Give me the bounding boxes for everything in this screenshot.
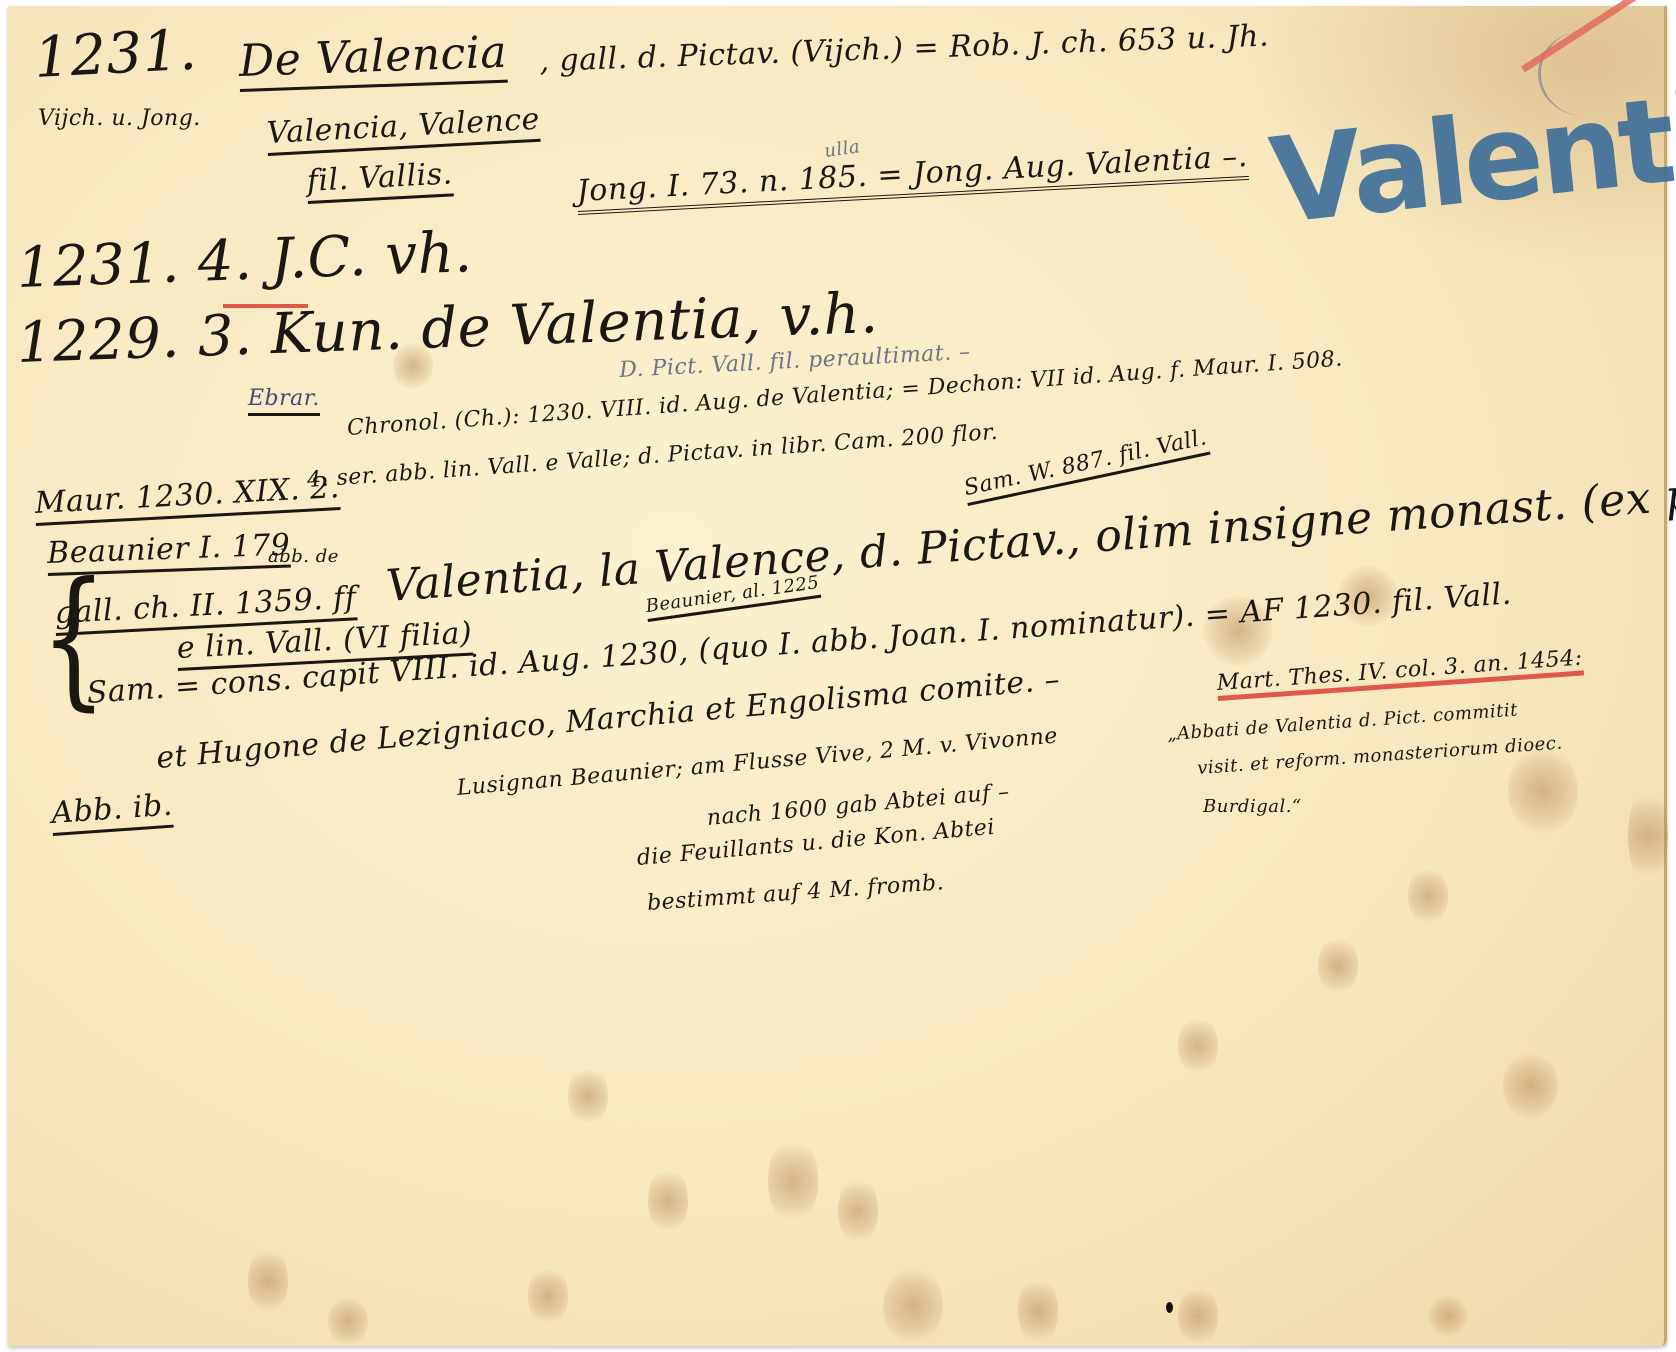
- entry-abb-ib: Abb. ib.: [50, 788, 174, 836]
- stain: [568, 1066, 608, 1126]
- index-card: 1231. Vijch. u. Jong. De Valencia , gall…: [8, 6, 1667, 1346]
- stain: [248, 1246, 288, 1316]
- header-title: De Valencia: [238, 27, 508, 92]
- stain: [328, 1296, 368, 1346]
- stain: [1178, 1016, 1218, 1076]
- header-year-note: Vijch. u. Jong.: [38, 106, 201, 131]
- side-note-line-3: Burdigal.“: [1203, 796, 1302, 817]
- stain: [1178, 1286, 1218, 1346]
- entry-maur: Maur. 1230. XIX. 2.: [34, 470, 341, 526]
- entry-feuillants: die Feuillants u. die Kon. Abtei: [636, 815, 996, 871]
- header-reference: Jong. I. 73. n. 185. = Jong. Aug. Valent…: [576, 139, 1249, 215]
- stain: [528, 1266, 568, 1326]
- header-variants: Valencia, Valence: [266, 102, 541, 156]
- stain: [838, 1176, 878, 1246]
- corner-mark: [1538, 31, 1631, 116]
- entry-1229-sub: Ebrar.: [248, 386, 320, 416]
- stain: [1018, 1276, 1058, 1346]
- stain: [1318, 936, 1358, 996]
- stain: [1503, 1051, 1558, 1121]
- stain: [648, 1166, 688, 1236]
- pin-hole: [1166, 1302, 1173, 1313]
- stain: [1508, 746, 1578, 836]
- header-year: 1231.: [33, 18, 199, 91]
- entry-beaunier: Beaunier I. 179: [47, 528, 291, 576]
- stain: [768, 1136, 818, 1226]
- stain: [883, 1266, 943, 1346]
- stain: [1628, 786, 1668, 886]
- entry-sam-ref: Sam. W. 887. fil. Vall.: [962, 425, 1210, 506]
- entry-1231: 1231. 4. J.C. vh.: [16, 220, 474, 301]
- stain: [1408, 866, 1448, 926]
- header-title-rest: , gall. d. Pictav. (Vijch.) = Rob. J. ch…: [539, 19, 1270, 79]
- entry-bestimmt: bestimmt auf 4 M. fromb.: [646, 870, 945, 916]
- header-filiation: fil. Vallis.: [306, 156, 454, 204]
- header-ref-superscript: ulla: [823, 136, 861, 162]
- side-note-line-2: visit. et reform. monasteriorum dioec.: [1197, 733, 1564, 779]
- stain: [1428, 1296, 1468, 1336]
- side-note-ref: Mart. Thes. IV. col. 3. an. 1454:: [1216, 646, 1584, 701]
- entry-abb-de: abb. de: [268, 546, 339, 567]
